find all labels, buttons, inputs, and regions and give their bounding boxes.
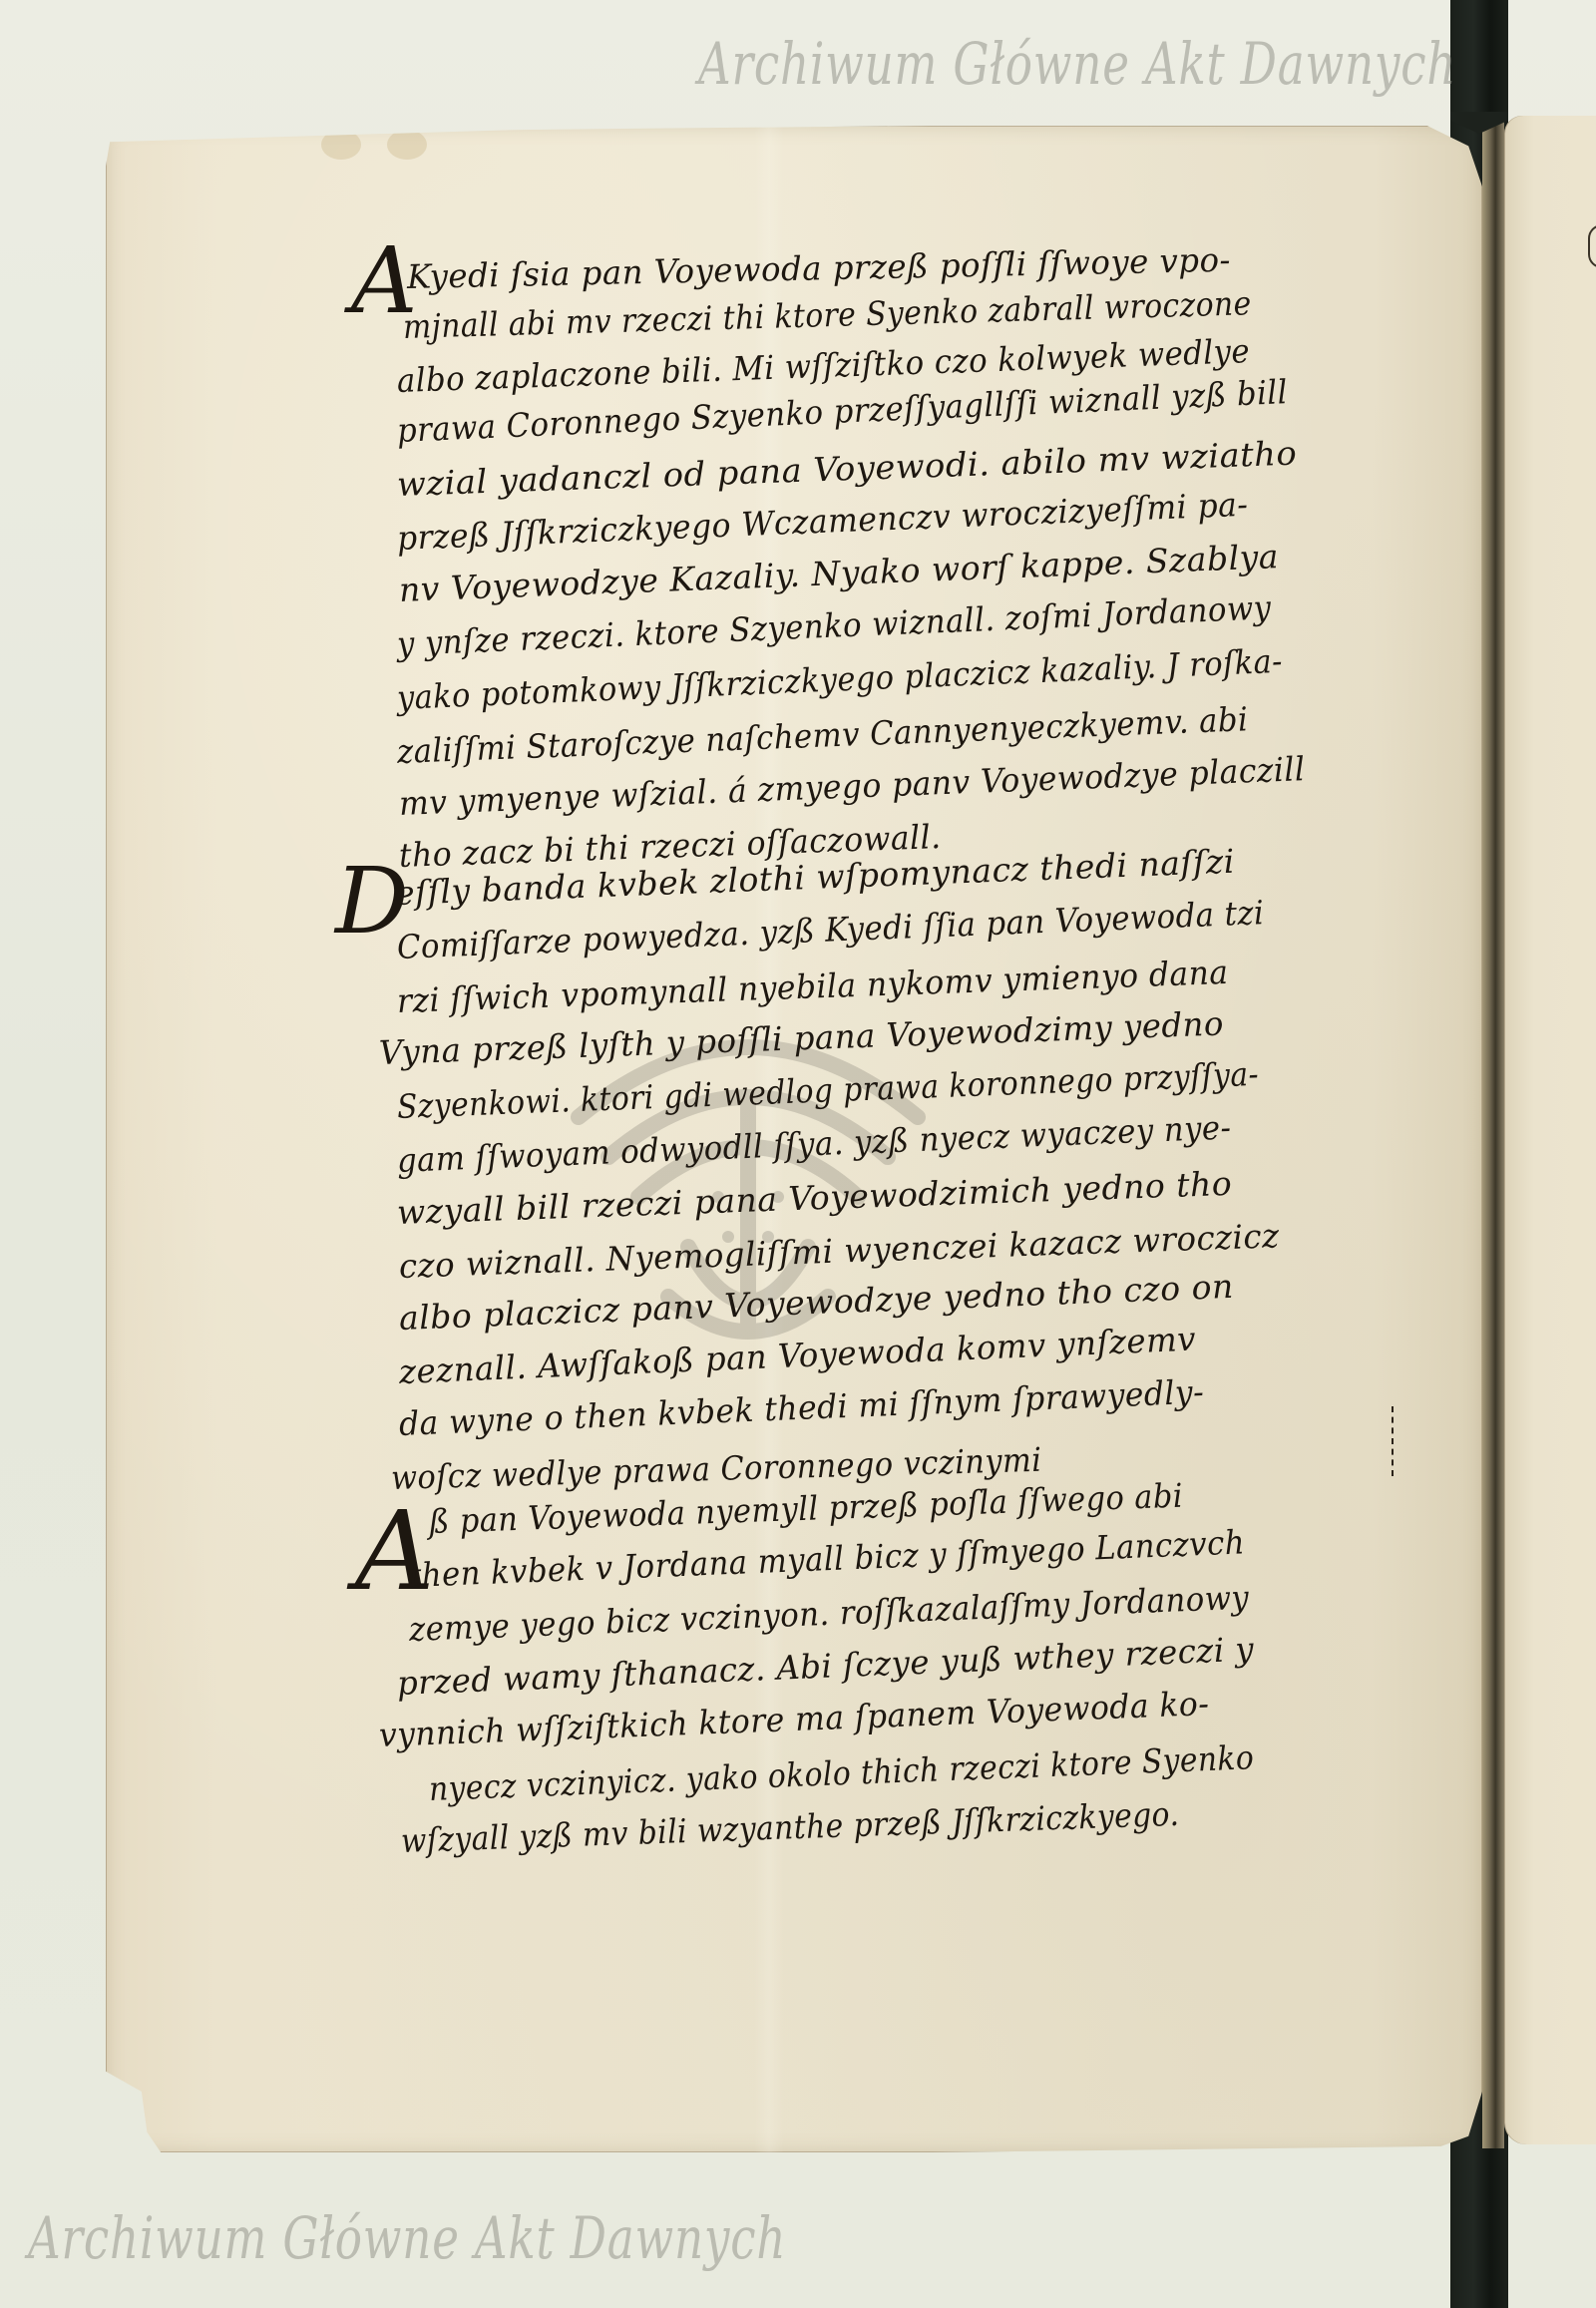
archive-watermark-bottom: Archiwum Główne Akt Dawnych (28, 2204, 786, 2272)
water-stain (387, 130, 427, 160)
archive-watermark-top: Archiwum Główne Akt Dawnych (698, 30, 1456, 98)
facing-page-ink-mark (1588, 224, 1596, 268)
book-gutter (1482, 122, 1504, 2148)
facing-page (1504, 116, 1596, 2144)
margin-bracket-mark (1392, 1406, 1396, 1476)
